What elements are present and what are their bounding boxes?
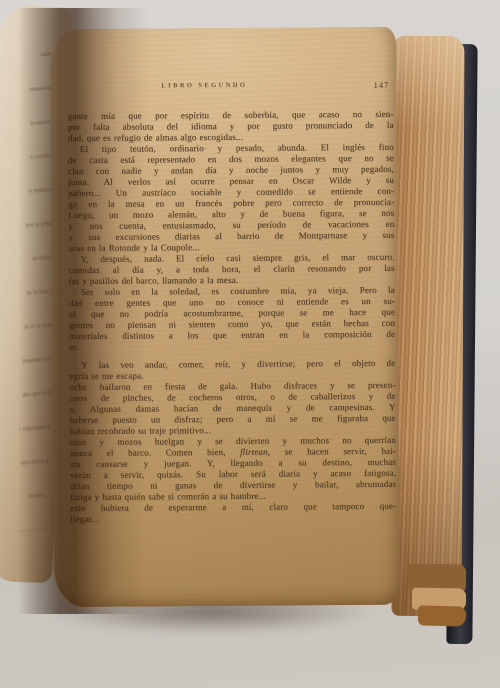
left-page-fragment: impetod y le (0, 355, 60, 370)
page-header-row: LIBRO SEGUNDO 147 (67, 81, 393, 95)
text-line: Y las veo andar, comer, reír, y divertir… (69, 358, 395, 371)
left-page-fragment: — — — — (0, 524, 54, 539)
page-stack-step (418, 605, 467, 626)
left-page-fragment: r soportaba a (0, 423, 57, 438)
left-page-fragment: menta... (0, 490, 55, 505)
text-line: er. (69, 340, 395, 353)
page-number: 147 (374, 80, 390, 90)
photo-background: { "palette": { "background": "#d6d3d0", … (0, 0, 500, 688)
left-page-fragment: dos que la b (0, 389, 59, 404)
left-page-fragment: ojos hacia y (0, 457, 56, 472)
text-line: y sus excursiones diarias al barrio de M… (68, 230, 394, 243)
page-stack-fore-edge (391, 36, 464, 616)
text-line: haberse puesto un disfraz; pero a mí se … (70, 413, 396, 426)
page-content: LIBRO SEGUNDO 147 gante mía que por espí… (67, 81, 396, 525)
page-lines: gante mía que por espíritu de soberbia, … (68, 109, 397, 525)
running-head: LIBRO SEGUNDO (41, 81, 367, 90)
text-line: llegar... (70, 512, 396, 525)
right-page: LIBRO SEGUNDO 147 gante mía que por espí… (50, 27, 400, 607)
text-line: materiales distintos a los que entran en… (69, 329, 395, 342)
text-line: esto hubiera de esperarme a mí, claro qu… (70, 501, 396, 514)
